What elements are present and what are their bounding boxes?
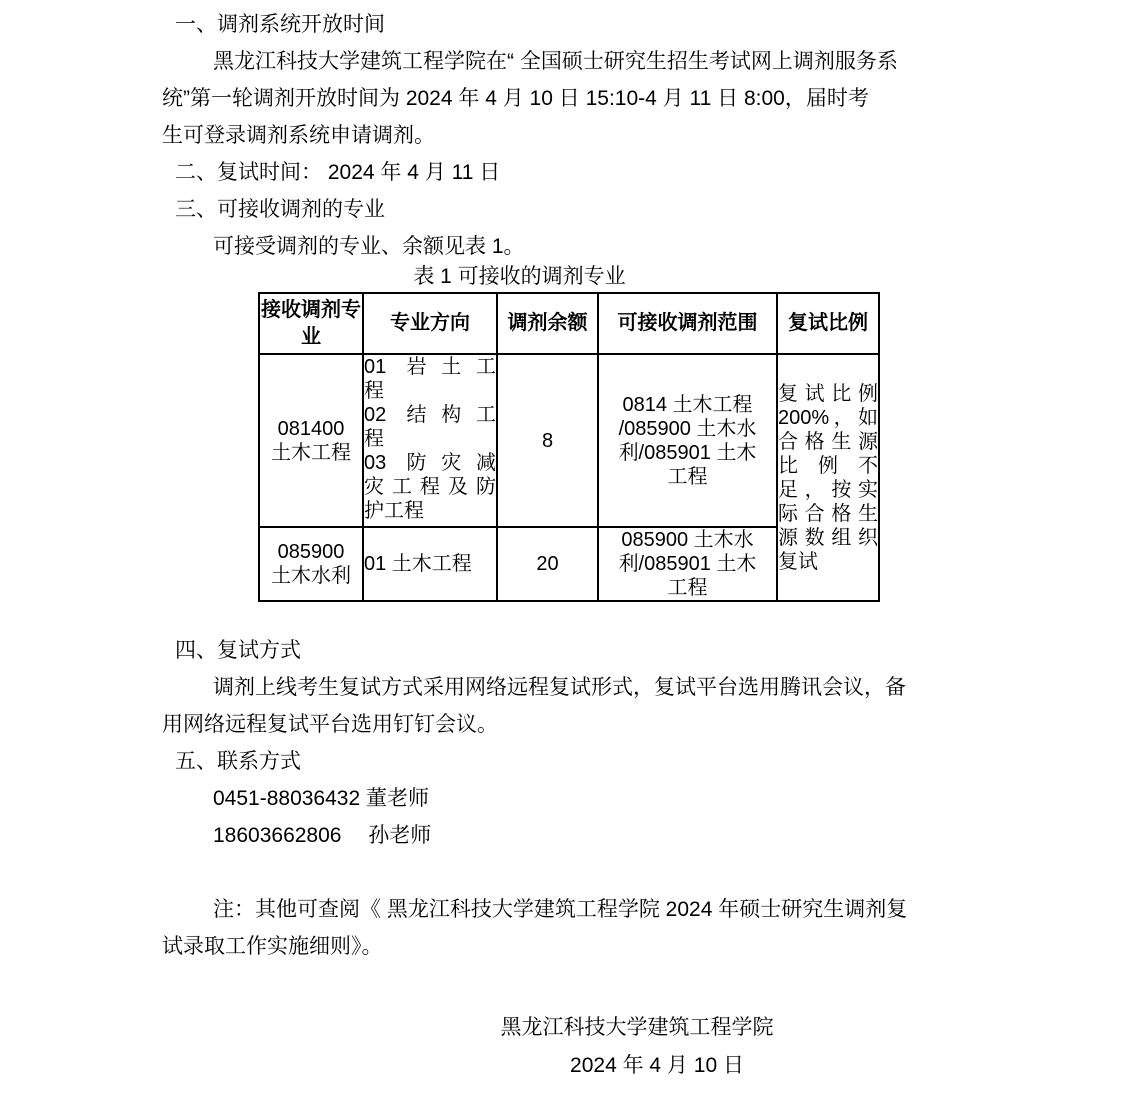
- scope-line: 工程: [599, 465, 776, 489]
- column-header-quota: 调剂余额: [497, 293, 598, 354]
- text-line: 用网络远程复试平台选用钉钉会议。: [162, 706, 983, 743]
- ratio-note-line: 足，按实: [778, 478, 878, 502]
- major-cell: 081400 土木工程: [259, 354, 363, 527]
- direction-line: 护工程: [364, 499, 496, 523]
- ratio-note-line: 际合格生: [778, 502, 878, 526]
- signature-block: 黑龙江科技大学建筑工程学院 2024 年 4 月 10 日: [162, 1009, 983, 1085]
- quota-cell: 8: [497, 354, 598, 527]
- major-code: 081400: [260, 417, 362, 441]
- text-line: 注：其他可查阅《 黑龙江科技大学建筑工程学院 2024 年硕士研究生调剂复: [162, 891, 983, 928]
- direction-line: 03 防灾减: [364, 451, 496, 475]
- scope-line: 利/085901 土木: [599, 552, 776, 576]
- ratio-cell: 复试比例 200%，如 合格生源 比例不 足，按实 际合格生 源数组织 复试: [777, 354, 879, 601]
- contact-phone-2: 18603662806 孙老师: [162, 817, 983, 854]
- table-row: 081400 土木工程 01 岩土工 程 02 结构工 程 03 防灾减 灾工程…: [259, 354, 879, 527]
- column-header-major: 接收调剂专业: [259, 293, 363, 354]
- ratio-note-line: 200%，如: [778, 406, 878, 430]
- scope-line: 工程: [599, 576, 776, 600]
- document-page: 一、调剂系统开放时间 黑龙江科技大学建筑工程学院在“ 全国硕士研究生招生考试网上…: [0, 0, 1133, 1093]
- ratio-note-line: 比例不: [778, 454, 878, 478]
- section-5-heading: 五、联系方式: [162, 743, 983, 780]
- direction-cell: 01 土木工程: [363, 527, 497, 601]
- adjustment-table: 接收调剂专业 专业方向 调剂余额 可接收调剂范围 复试比例 081400 土木工…: [258, 292, 880, 602]
- direction-line: 程: [364, 379, 496, 403]
- section-1-heading: 一、调剂系统开放时间: [162, 6, 983, 43]
- column-header-scope: 可接收调剂范围: [598, 293, 777, 354]
- section-3-heading: 三、可接收调剂的专业: [162, 191, 983, 228]
- text-line: 黑龙江科技大学建筑工程学院在“ 全国硕士研究生招生考试网上调剂服务系: [162, 43, 983, 80]
- section-2-heading: 二、复试时间： 2024 年 4 月 11 日: [162, 154, 983, 191]
- scope-line: 0814 土木工程: [599, 393, 776, 417]
- ratio-note-line: 源数组织: [778, 526, 878, 550]
- direction-line: 灾工程及防: [364, 475, 496, 499]
- signature-date: 2024 年 4 月 10 日: [162, 1047, 982, 1085]
- scope-line: 085900 土木水: [599, 528, 776, 552]
- section-4-paragraph: 调剂上线考生复试方式采用网络远程复试形式，复试平台选用腾讯会议，备 用网络远程复…: [162, 669, 983, 743]
- contact-phone-1: 0451-88036432 董老师: [162, 780, 983, 817]
- ratio-note-line: 合格生源: [778, 430, 878, 454]
- scope-cell: 085900 土木水 利/085901 土木 工程: [598, 527, 777, 601]
- scope-cell: 0814 土木工程 /085900 土木水 利/085901 土木 工程: [598, 354, 777, 527]
- quota-cell: 20: [497, 527, 598, 601]
- major-code: 085900: [260, 540, 362, 564]
- major-name: 土木工程: [260, 441, 362, 465]
- text-line: 可接受调剂的专业、余额见表 1。: [162, 228, 983, 265]
- direction-line: 01 土木工程: [364, 552, 496, 576]
- ratio-note-line: 复试比例: [778, 382, 878, 406]
- direction-line: 01 岩土工: [364, 355, 496, 379]
- text-line: 试录取工作实施细则》。: [162, 928, 983, 965]
- major-name: 土木水利: [260, 564, 362, 588]
- scope-line: /085900 土木水: [599, 417, 776, 441]
- table-header-row: 接收调剂专业 专业方向 调剂余额 可接收调剂范围 复试比例: [259, 293, 879, 354]
- text-line: 调剂上线考生复试方式采用网络远程复试形式，复试平台选用腾讯会议，备: [162, 669, 983, 706]
- major-cell: 085900 土木水利: [259, 527, 363, 601]
- direction-line: 02 结构工: [364, 403, 496, 427]
- section-1-paragraph: 黑龙江科技大学建筑工程学院在“ 全国硕士研究生招生考试网上调剂服务系 统”第一轮…: [162, 43, 983, 154]
- section-3-paragraph: 可接受调剂的专业、余额见表 1。: [162, 228, 983, 265]
- table-caption: 表 1 可接收的调剂专业: [162, 262, 877, 292]
- signature-org: 黑龙江科技大学建筑工程学院: [162, 1009, 982, 1047]
- text-line: 生可登录调剂系统申请调剂。: [162, 117, 983, 154]
- column-header-ratio: 复试比例: [777, 293, 879, 354]
- document-content: 一、调剂系统开放时间 黑龙江科技大学建筑工程学院在“ 全国硕士研究生招生考试网上…: [0, 0, 1133, 1085]
- scope-line: 利/085901 土木: [599, 441, 776, 465]
- note-paragraph: 注：其他可查阅《 黑龙江科技大学建筑工程学院 2024 年硕士研究生调剂复 试录…: [162, 891, 983, 965]
- direction-cell: 01 岩土工 程 02 结构工 程 03 防灾减 灾工程及防 护工程: [363, 354, 497, 527]
- section-4-heading: 四、复试方式: [162, 632, 983, 669]
- column-header-direction: 专业方向: [363, 293, 497, 354]
- direction-line: 程: [364, 427, 496, 451]
- text-line: 统”第一轮调剂开放时间为 2024 年 4 月 10 日 15:10-4 月 1…: [162, 80, 983, 117]
- ratio-note-line: 复试: [778, 550, 878, 574]
